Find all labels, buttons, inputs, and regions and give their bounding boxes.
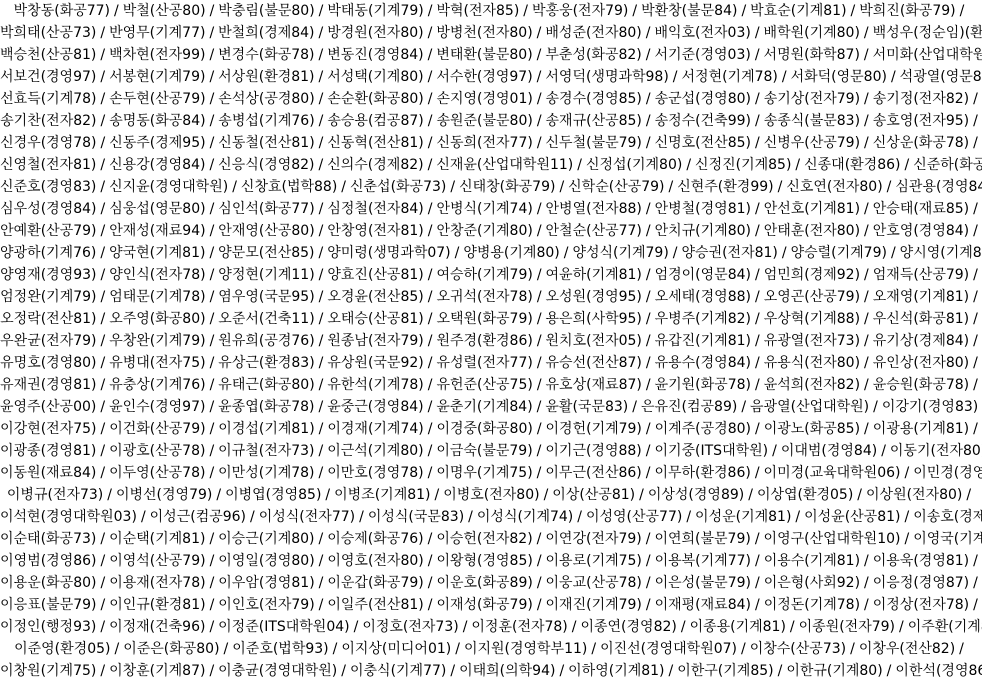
separator: / <box>904 157 909 173</box>
separator: / <box>904 509 909 525</box>
separator: / <box>778 663 783 679</box>
separator: / <box>141 509 146 525</box>
alumni-entry: 이영구(산업대학원10) <box>764 531 901 547</box>
alumni-entry: 신태창(화공79) <box>459 179 555 195</box>
alumni-entry: 이주환(기계87) <box>908 619 982 635</box>
alumni-entry: 안재성(재료94) <box>109 223 205 239</box>
separator: / <box>537 47 542 63</box>
name-list-line: 유재권(경영81)/유충상(기계76)/유태근(화공80)/유한석(기계78)/… <box>0 374 982 396</box>
separator: / <box>864 597 869 613</box>
alumni-entry: 신정섭(기계80) <box>586 157 682 173</box>
separator: / <box>973 135 978 151</box>
alumni-entry: 이창훈(기계87) <box>109 663 205 679</box>
separator: / <box>646 91 651 107</box>
alumni-entry: 이성운(기계81) <box>695 509 791 525</box>
separator: / <box>359 509 364 525</box>
separator: / <box>537 355 542 371</box>
alumni-entry: 이용로(기계75) <box>546 553 642 569</box>
alumni-entry: 이연강(전자79) <box>545 531 641 547</box>
alumni-entry: 신동철(전산81) <box>218 135 314 151</box>
separator: / <box>673 69 678 85</box>
alumni-entry: 신지윤(경영대학원) <box>109 179 228 195</box>
alumni-entry: 이승근(기계80) <box>218 531 314 547</box>
alumni-entry: 신정진(기계85) <box>695 157 791 173</box>
alumni-entry: 손순환(화공80) <box>327 91 423 107</box>
separator: / <box>319 245 324 261</box>
separator: / <box>899 619 904 635</box>
separator: / <box>210 3 215 19</box>
separator: / <box>463 619 468 635</box>
alumni-entry: 신응식(경영82) <box>218 157 314 173</box>
separator: / <box>523 3 528 19</box>
separator: / <box>101 201 106 217</box>
separator: / <box>341 663 346 679</box>
alumni-entry: 송병섭(기계76) <box>218 113 314 129</box>
alumni-entry: 이광종(경영81) <box>0 443 96 459</box>
alumni-entry: 송기정(전자82) <box>873 91 969 107</box>
alumni-entry: 이계주(공경80) <box>655 421 751 437</box>
separator: / <box>755 113 760 129</box>
separator: / <box>319 157 324 173</box>
alumni-entry: 이경재(기계74) <box>327 421 423 437</box>
separator: / <box>755 91 760 107</box>
separator: / <box>755 333 760 349</box>
alumni-entry: 이운호(화공89) <box>436 575 532 591</box>
alumni-entry: 이영호(전자80) <box>327 553 423 569</box>
alumni-entry: 이충식(기계77) <box>350 663 446 679</box>
separator: / <box>209 399 214 415</box>
separator: / <box>973 201 978 217</box>
separator: / <box>100 399 105 415</box>
alumni-entry: 변태환(불문80) <box>436 47 532 63</box>
separator: / <box>537 201 542 217</box>
separator: / <box>646 553 651 569</box>
alumni-entry: 박창동(화공77) <box>14 3 110 19</box>
separator: / <box>100 465 105 481</box>
separator: / <box>537 465 542 481</box>
alumni-entry: 서명원(화학87) <box>764 47 860 63</box>
separator: / <box>973 377 978 393</box>
alumni-entry: 오재영(기계81) <box>873 289 969 305</box>
alumni-entry: 엄민희(경제92) <box>764 267 860 283</box>
alumni-entry: 박환창(불문84) <box>641 3 737 19</box>
alumni-entry: 엄태문(기계78) <box>109 289 205 305</box>
alumni-entry: 오준서(건축11) <box>218 311 314 327</box>
separator: / <box>904 531 909 547</box>
alumni-entry: 이용욱(경영81) <box>873 553 969 569</box>
alumni-entry: 엄정완(기계79) <box>0 289 96 305</box>
name-list-line: 이정인(행정93)/이정재(건축96)/이정준(ITS대학원04)/이정호(전자… <box>0 616 982 638</box>
name-list-line: 엄정완(기계79)/엄태문(기계78)/염우영(국문95)/오경윤(전산85)/… <box>0 286 982 308</box>
alumni-entry: 송군섭(경영80) <box>655 91 751 107</box>
separator: / <box>537 421 542 437</box>
alumni-entry: 백승천(산공81) <box>0 47 96 63</box>
separator: / <box>210 597 215 613</box>
separator: / <box>755 47 760 63</box>
alumni-entry: 원치호(전자05) <box>546 333 642 349</box>
alumni-entry: 이병선(경영79) <box>116 487 212 503</box>
alumni-entry: 이지상(미디어01) <box>341 641 451 657</box>
alumni-entry: 양시영(기계81) <box>900 245 982 261</box>
separator: / <box>210 355 215 371</box>
name-list-line: 윤영주(산공00)/윤인수(경영97)/윤종엽(화공78)/윤중근(경영84)/… <box>0 396 982 418</box>
separator: / <box>209 245 214 261</box>
alumni-entry: 윤인수(경영97) <box>109 399 205 415</box>
alumni-entry: 신창효(법학88) <box>241 179 337 195</box>
alumni-entry: 신동주(경제95) <box>109 135 205 151</box>
separator: / <box>577 509 582 525</box>
separator: / <box>864 113 869 129</box>
alumni-entry: 이성식(국문83) <box>368 509 464 525</box>
separator: / <box>887 663 892 679</box>
separator: / <box>319 597 324 613</box>
alumni-entry: 유갑진(기계81) <box>655 333 751 349</box>
name-list-line: 안예환(산공79)/안재성(재료94)/안재영(산공80)/안창영(전자81)/… <box>0 220 982 242</box>
alumni-entry: 유승선(전산87) <box>546 355 642 371</box>
name-list-line: 양영재(경영93)/양인식(전자78)/양정현(기계11)/양효진(산공81)/… <box>0 264 982 286</box>
alumni-entry: 이광호(산공78) <box>109 443 205 459</box>
name-list-line: 심우성(경영84)/심웅섭(영문80)/심인석(화공77)/심정철(전자84)/… <box>0 198 982 220</box>
alumni-entry: 서영덕(생명과학98) <box>545 69 668 85</box>
alumni-entry: 이창수(산공73) <box>750 641 846 657</box>
separator: / <box>450 179 455 195</box>
alumni-entry: 이용수(기계81) <box>764 553 860 569</box>
alumni-entry: 유상원(국문92) <box>327 355 423 371</box>
alumni-entry: 이창우(전산82) <box>859 641 955 657</box>
alumni-entry: 이정인(행정93) <box>0 619 96 635</box>
separator: / <box>973 575 978 591</box>
alumni-entry: 박철(산공80) <box>123 3 206 19</box>
separator: / <box>428 597 433 613</box>
alumni-entry: 이용재(전자78) <box>109 575 205 591</box>
alumni-entry: 오귀석(전자78) <box>436 289 532 305</box>
separator: / <box>741 3 746 19</box>
separator: / <box>755 597 760 613</box>
alumni-entry: 신영철(전자81) <box>0 157 96 173</box>
name-list-line: 이강현(전자75)/이건화(산공79)/이경섭(기계81)/이경재(기계74)/… <box>0 418 982 440</box>
separator: / <box>544 487 549 503</box>
alumni-entry: 안치규(기계80) <box>655 223 751 239</box>
separator: / <box>632 3 637 19</box>
separator: / <box>209 157 214 173</box>
alumni-entry: 유호상(재료87) <box>546 377 642 393</box>
separator: / <box>864 25 869 41</box>
separator: / <box>101 223 106 239</box>
alumni-entry: 신병우(산공79) <box>764 135 860 151</box>
document-page: 박창동(화공77)/박철(산공80)/박충림(불문80)/박태동(기계79)/박… <box>0 0 982 682</box>
separator: / <box>646 201 651 217</box>
alumni-entry: 이왕형(경영85) <box>436 553 532 569</box>
alumni-entry: 우신석(화공81) <box>873 311 969 327</box>
alumni-entry: 이준은(화공80) <box>123 641 219 657</box>
alumni-entry: 윤춘기(기계84) <box>436 399 532 415</box>
alumni-entry: 이영일(경영80) <box>218 553 314 569</box>
alumni-entry: 방경원(전자80) <box>327 25 423 41</box>
alumni-entry: 안재영(산공80) <box>218 223 314 239</box>
separator: / <box>107 487 112 503</box>
alumni-entry: 손지영(경영01) <box>436 91 532 107</box>
separator: / <box>537 135 542 151</box>
separator: / <box>795 157 800 173</box>
alumni-entry: 이진선(경영대학원07) <box>600 641 737 657</box>
separator: / <box>537 399 542 415</box>
separator: / <box>100 619 105 635</box>
separator: / <box>646 443 651 459</box>
separator: / <box>428 575 433 591</box>
alumni-entry: 이정준(ITS대학원04) <box>218 619 349 635</box>
alumni-entry: 이종용(기계81) <box>690 619 786 635</box>
alumni-entry: 이하영(기계81) <box>568 663 664 679</box>
alumni-entry: 이병규(전자73) <box>7 487 103 503</box>
separator: / <box>101 553 106 569</box>
separator: / <box>537 443 542 459</box>
separator: / <box>210 333 215 349</box>
separator: / <box>100 69 105 85</box>
separator: / <box>101 113 106 129</box>
alumni-entry: 유재권(경영81) <box>0 377 96 393</box>
separator: / <box>646 377 651 393</box>
alumni-entry: 이대범(경영84) <box>781 443 877 459</box>
separator: / <box>428 465 433 481</box>
separator: / <box>114 3 119 19</box>
separator: / <box>100 179 105 195</box>
alumni-entry: 오영곤(산공79) <box>764 289 860 305</box>
alumni-entry: 부춘성(화공82) <box>545 47 641 63</box>
separator: / <box>748 487 753 503</box>
alumni-entry: 이미경(교육대학원06) <box>764 465 901 481</box>
alumni-entry: 서정현(기계78) <box>682 69 778 85</box>
separator: / <box>778 179 783 195</box>
separator: / <box>537 267 542 283</box>
alumni-entry: 송호영(전자95) <box>873 113 969 129</box>
alumni-entry: 유성렬(전자77) <box>436 355 532 371</box>
alumni-entry: 양국현(기계81) <box>109 245 205 261</box>
alumni-entry: 박태동(기계79) <box>327 3 423 19</box>
alumni-entry: 이정돈(기계78) <box>764 597 860 613</box>
alumni-entry: 양미령(생명과학07) <box>327 245 450 261</box>
alumni-entry: 양효진(산공81) <box>327 267 423 283</box>
alumni-entry: 안병열(전자88) <box>546 201 642 217</box>
alumni-entry: 양문모(전산85) <box>218 245 314 261</box>
alumni-entry: 이경섭(기계81) <box>218 421 314 437</box>
separator: / <box>669 179 674 195</box>
separator: / <box>782 69 787 85</box>
separator: / <box>100 443 105 459</box>
separator: / <box>100 531 105 547</box>
separator: / <box>210 223 215 239</box>
alumni-entry: 우병주(기계82) <box>655 311 751 327</box>
separator: / <box>100 25 105 41</box>
alumni-entry: 백차현(전자99) <box>109 47 205 63</box>
alumni-entry: 이태희(의학94) <box>459 663 555 679</box>
alumni-entry: 이운갑(화공79) <box>327 575 423 591</box>
separator: / <box>210 267 215 283</box>
alumni-entry: 이승헌(전자82) <box>436 531 532 547</box>
name-list-line: 이준영(환경05)/이준은(화공80)/이준호(법학93)/이지상(미디어01)… <box>0 638 982 660</box>
name-list-line: 오정락(전산81)/오주영(화공80)/오준서(건축11)/오태승(산공81)/… <box>0 308 982 330</box>
alumni-entry: 용은희(사학95) <box>546 311 642 327</box>
alumni-entry: 엄재득(산공79) <box>873 267 969 283</box>
separator: / <box>537 113 542 129</box>
separator: / <box>973 597 978 613</box>
alumni-entry: 안철순(산공77) <box>546 223 642 239</box>
alumni-entry: 이종원(전자79) <box>799 619 895 635</box>
alumni-entry: 이일주(전산81) <box>327 597 423 613</box>
alumni-entry: 우창완(기계79) <box>109 333 205 349</box>
alumni-entry: 송기상(전자79) <box>764 91 860 107</box>
name-list-line: 이영범(경영86)/이영석(산공79)/이영일(경영80)/이영호(전자80)/… <box>0 550 982 572</box>
alumni-entry: 이강기(경영83) <box>882 399 978 415</box>
alumni-entry: 서상원(환경81) <box>218 69 314 85</box>
separator: / <box>864 201 869 217</box>
separator: / <box>209 619 214 635</box>
separator: / <box>537 289 542 305</box>
alumni-entry: 원유희(공경76) <box>218 333 314 349</box>
separator: / <box>101 355 106 371</box>
separator: / <box>428 91 433 107</box>
alumni-entry: 원주경(환경86) <box>436 333 532 349</box>
name-list-line: 신경우(경영78)/신동주(경제95)/신동철(전산81)/신동혁(전산81)/… <box>0 132 982 154</box>
separator: / <box>435 487 440 503</box>
separator: / <box>646 531 651 547</box>
separator: / <box>790 619 795 635</box>
alumni-entry: 서봉현(기계79) <box>109 69 205 85</box>
alumni-entry: 윤영주(산공00) <box>0 399 96 415</box>
separator: / <box>686 157 691 173</box>
separator: / <box>741 399 746 415</box>
alumni-entry: 이창원(기계75) <box>0 663 96 679</box>
separator: / <box>428 355 433 371</box>
separator: / <box>646 289 651 305</box>
alumni-entry: 엄경이(영문84) <box>655 267 751 283</box>
separator: / <box>333 641 338 657</box>
alumni-entry: 양영재(경영93) <box>0 267 96 283</box>
alumni-entry: 유용수(경영84) <box>655 355 751 371</box>
alumni-entry: 신현주(환경99) <box>677 179 773 195</box>
alumni-entry: 신동희(전자77) <box>436 135 532 151</box>
separator: / <box>973 113 978 129</box>
alumni-entry: 이성근(컴공96) <box>150 509 246 525</box>
separator: / <box>646 311 651 327</box>
alumni-entry: 윤기원(화공78) <box>655 377 751 393</box>
separator: / <box>209 25 214 41</box>
alumni-entry: 양승권(전자81) <box>682 245 778 261</box>
separator: / <box>646 223 651 239</box>
alumni-entry: 심정철(전자84) <box>327 201 423 217</box>
alumni-entry: 유기상(경제84) <box>873 333 969 349</box>
separator: / <box>325 487 330 503</box>
separator: / <box>537 69 542 85</box>
separator: / <box>646 597 651 613</box>
name-list-line: 이순태(화공73)/이순택(기계81)/이승근(기계80)/이승제(화공76)/… <box>0 528 982 550</box>
separator: / <box>646 355 651 371</box>
name-list-line: 신준호(경영83)/신지윤(경영대학원)/신창효(법학88)/신춘섭(화공73)… <box>0 176 982 198</box>
separator: / <box>755 311 760 327</box>
separator: / <box>850 641 855 657</box>
separator: / <box>319 201 324 217</box>
separator: / <box>646 333 651 349</box>
separator: / <box>755 223 760 239</box>
separator: / <box>639 487 644 503</box>
name-list-line: 이석현(경영대학원03)/이성근(컴공96)/이성식(전자77)/이성식(국문8… <box>0 506 982 528</box>
alumni-entry: 심우성(경영84) <box>0 201 96 217</box>
separator: / <box>210 113 215 129</box>
separator: / <box>319 69 324 85</box>
alumni-entry: 안창영(전자81) <box>327 223 423 239</box>
separator: / <box>559 179 564 195</box>
separator: / <box>455 641 460 657</box>
separator: / <box>564 245 569 261</box>
separator: / <box>755 465 760 481</box>
separator: / <box>755 201 760 217</box>
separator: / <box>468 509 473 525</box>
alumni-entry: 이동기(전자80) <box>890 443 982 459</box>
separator: / <box>966 487 971 503</box>
alumni-entry: 이영석(산공79) <box>109 553 205 569</box>
separator: / <box>559 663 564 679</box>
separator: / <box>319 47 324 63</box>
separator: / <box>755 267 760 283</box>
alumni-entry: 변동진(경영84) <box>327 47 423 63</box>
separator: / <box>428 201 433 217</box>
alumni-entry: 유광열(전자73) <box>764 333 860 349</box>
alumni-entry: 오경윤(전산85) <box>327 289 423 305</box>
separator: / <box>755 377 760 393</box>
separator: / <box>319 355 324 371</box>
separator: / <box>428 443 433 459</box>
separator: / <box>428 223 433 239</box>
separator: / <box>210 575 215 591</box>
alumni-entry: 염우영(국문95) <box>218 289 314 305</box>
separator: / <box>755 575 760 591</box>
alumni-entry: 이병조(기계81) <box>334 487 430 503</box>
name-list-line: 송기찬(전자82)/송명동(화공84)/송병섭(기계76)/송승용(컴공87)/… <box>0 110 982 132</box>
separator: / <box>101 135 106 151</box>
alumni-entry: 이강현(전자75) <box>0 421 96 437</box>
separator: / <box>428 157 433 173</box>
separator: / <box>537 25 542 41</box>
separator: / <box>959 641 964 657</box>
alumni-entry: 이경중(화공80) <box>436 421 532 437</box>
alumni-entry: 오정락(전산81) <box>0 311 96 327</box>
alumni-entry: 양광하(기계76) <box>0 245 96 261</box>
separator: / <box>101 575 106 591</box>
alumni-entry: 이지원(경영학부11) <box>464 641 587 657</box>
separator: / <box>669 663 674 679</box>
separator: / <box>428 135 433 151</box>
separator: / <box>755 531 760 547</box>
separator: / <box>319 421 324 437</box>
separator: / <box>755 289 760 305</box>
alumni-entry: 신두철(불문79) <box>546 135 642 151</box>
alumni-entry: 손두현(산공79) <box>109 91 205 107</box>
alumni-entry: 서수한(경영97) <box>436 69 532 85</box>
alumni-entry: 이연희(불문79) <box>654 531 750 547</box>
alumni-entry: 이인호(전자79) <box>218 597 314 613</box>
alumni-entry: 신명호(전산85) <box>655 135 751 151</box>
alumni-entry: 석광열(영문80) <box>900 69 982 85</box>
separator: / <box>864 355 869 371</box>
separator: / <box>210 201 215 217</box>
name-list-line: 이동원(재료84)/이두영(산공78)/이만성(기계78)/이만호(경영78)/… <box>0 462 982 484</box>
separator: / <box>428 399 433 415</box>
alumni-entry: 안호영(경영84) <box>873 223 969 239</box>
separator: / <box>101 289 106 305</box>
alumni-entry: 양승렬(기계79) <box>791 245 887 261</box>
separator: / <box>851 3 856 19</box>
alumni-entry: 은유진(컴공89) <box>641 399 737 415</box>
alumni-entry: 서성택(기계80) <box>327 69 423 85</box>
